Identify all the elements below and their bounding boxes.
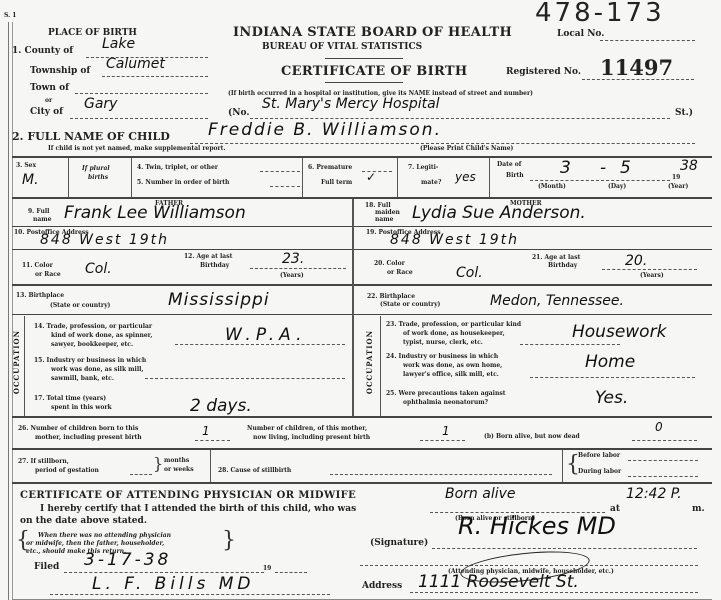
father-industry-line (145, 378, 345, 379)
mother-color-label: 20. Color (374, 260, 405, 267)
during-labor-line (628, 476, 698, 477)
label-line: kind of work done, as spinner, (34, 331, 152, 340)
mother-precaution-value: Yes. (595, 388, 628, 408)
month-label: (Month) (538, 183, 566, 190)
father-age-value: 23. (282, 251, 304, 267)
filed-line (64, 572, 264, 573)
left-border-inner (12, 22, 13, 600)
divider (354, 249, 712, 250)
form-code: S. 1 (4, 12, 16, 19)
label-line: now living, including present birth (247, 433, 370, 442)
child-name-value: Freddie B. Williamson. (208, 120, 442, 140)
dob-day: 5 (620, 158, 631, 178)
father-birthplace-sub: (State or country) (50, 302, 110, 309)
physician-statement: I hereby certify that I attended the bir… (40, 504, 356, 514)
children-born-line (195, 440, 230, 441)
brace: } (222, 528, 236, 553)
divider (131, 158, 132, 197)
during-labor-label: During labor (578, 468, 621, 475)
birth-certificate: S. 1 478-173 INDIANA STATE BOARD OF HEAL… (0, 0, 721, 600)
legit-value: yes (455, 170, 476, 184)
father-industry-label: 15. Industry or business in which work w… (34, 356, 146, 383)
divider (24, 316, 25, 416)
before-labor-line (628, 460, 698, 461)
mother-name-label: 18. Full (365, 202, 391, 209)
registered-no-label: Registered No. (506, 67, 581, 77)
mother-color-value: Col. (456, 265, 483, 281)
label-line: typist, nurse, clerk, etc. (386, 338, 521, 347)
label-line: mother, including present birth (18, 433, 142, 442)
divider (210, 450, 211, 482)
mother-color-label-2: or Race (387, 269, 413, 276)
stillborn-units-label: months or weeks (164, 456, 194, 474)
signature-label: (Signature) (370, 538, 428, 548)
father-years-label: (Years) (280, 272, 304, 279)
divider (562, 450, 563, 482)
father-birthplace-label: 13. Birthplace (16, 292, 64, 299)
mother-precaution-label: 25. Were precautions taken against ophth… (386, 389, 505, 407)
label-line: 17. Total time (years) (34, 394, 112, 403)
institution-line (250, 118, 670, 119)
label-line: 26. Number of children born to this (18, 424, 142, 433)
born-dead-label: (b) Born alive, but now dead (484, 433, 580, 440)
label-line: sawyer, bookkeeper, etc. (34, 340, 152, 349)
city-value: Gary (84, 96, 117, 112)
twin-label: 4. Twin, triplet, or other (137, 164, 218, 171)
children-born-value: 1 (202, 424, 210, 438)
registrar-signature: L. F. Bills MD (92, 574, 255, 594)
father-name-label-2: name (33, 216, 51, 223)
no-label: (No. (228, 108, 249, 118)
birth-status-value: Born alive (445, 486, 516, 502)
note-line: or midwife, then the father, householder… (26, 540, 171, 548)
county-value: Lake (102, 36, 135, 52)
stillbirth-cause-line (330, 474, 552, 475)
dob-year-prefix: 19 (672, 174, 680, 181)
stillbirth-cause-label: 28. Cause of stillbirth (218, 467, 291, 474)
town-line (75, 93, 208, 94)
label-line: work was done, as silk mill, (34, 365, 146, 374)
local-no-label: Local No. (557, 29, 604, 39)
father-color-label-2: or Race (35, 271, 61, 278)
label-line: months (164, 456, 194, 465)
father-birthplace-value: Mississippi (168, 290, 270, 310)
parent-divider (352, 199, 354, 416)
mother-age-value: 20. (625, 253, 647, 269)
before-labor-label: Before labor (578, 452, 620, 459)
father-occupation-label: OCCUPATION (12, 330, 21, 394)
divider (68, 158, 69, 197)
divider (325, 82, 403, 83)
label-line: of work done, as housekeeper, (386, 329, 521, 338)
m-label: m. (692, 504, 705, 514)
divider (302, 158, 303, 197)
physician-heading: CERTIFICATE OF ATTENDING PHYSICIAN OR MI… (20, 490, 356, 501)
divider (397, 158, 398, 197)
city-line (70, 118, 208, 119)
mother-industry-label: 24. Industry or business in which work w… (386, 352, 502, 379)
signature-value: R. Hickes MD (458, 512, 616, 540)
st-label: St.) (675, 108, 693, 118)
divider (489, 158, 490, 197)
fullterm-check: ✓ (366, 170, 376, 184)
legit-label-2: mate? (421, 179, 441, 186)
filed-label: Filed (34, 562, 59, 572)
divider (12, 416, 712, 418)
children-living-label: Number of children, of this mother, now … (247, 424, 370, 442)
father-color-label: 11. Color (22, 262, 53, 269)
label-line: Number of children, of this mother, (247, 424, 370, 433)
sex-label: 3. Sex (16, 162, 36, 169)
local-no-field (600, 40, 695, 41)
registered-no-value: 11497 (600, 55, 673, 80)
mother-years-label: (Years) (640, 272, 664, 279)
divider (354, 284, 712, 286)
mother-name-label-2: maiden (375, 209, 400, 216)
sex-value: M. (22, 172, 39, 188)
document-title: CERTIFICATE OF BIRTH (281, 64, 467, 79)
divider (12, 249, 352, 250)
mother-occupation-label: OCCUPATION (365, 330, 374, 394)
label-line: 15. Industry or business in which (34, 356, 146, 365)
label-line: period of gestation (18, 466, 99, 475)
legit-label: 7. Legiti- (408, 164, 438, 171)
divider (12, 156, 712, 158)
label-line: or weeks (164, 465, 194, 474)
label-line: 14. Trade, profession, or particular (34, 322, 152, 331)
premature-label: 6. Premature (308, 164, 352, 171)
divider (12, 314, 352, 315)
mother-trade-value: Housework (572, 322, 666, 342)
dob-year: 38 (680, 158, 698, 174)
stillborn-period-label: 27. If stillborn, period of gestation (18, 457, 99, 475)
left-border (8, 22, 9, 600)
child-name-line (190, 143, 695, 144)
stillborn-period-line (130, 474, 152, 475)
plural-label-2: births (88, 174, 108, 181)
divider (380, 316, 381, 416)
dob-line (530, 180, 670, 181)
filed-year-line (275, 572, 307, 573)
county-label: 1. County of (12, 46, 73, 56)
father-trade-line (175, 344, 345, 345)
bureau-title: BUREAU OF VITAL STATISTICS (262, 42, 422, 52)
born-dead-line (632, 440, 697, 441)
address-line (410, 592, 698, 593)
label-line: sawmill, bank, etc. (34, 374, 146, 383)
dob-dash: - (600, 158, 606, 178)
mother-birthplace-label: 22. Birthplace (367, 293, 415, 300)
mother-age-line (602, 269, 697, 270)
mother-age-label-2: Birthday (548, 262, 577, 269)
father-age-label: 12. Age at last (184, 253, 232, 260)
father-time-value: 2 days. (190, 396, 252, 416)
divider (12, 482, 712, 484)
father-age-label-2: Birthday (200, 262, 229, 269)
brace: } (153, 454, 163, 473)
father-address-value: 848 West 19th (40, 232, 169, 248)
label-line: 23. Trade, profession, or particular kin… (386, 320, 521, 329)
birth-time-value: 12:42 P. (626, 486, 682, 502)
order-line (270, 186, 300, 187)
agency-title: INDIANA STATE BOARD OF HEALTH (233, 25, 512, 40)
city-label: City of (30, 107, 63, 117)
plural-label: If plural (82, 165, 110, 172)
mother-trade-line (520, 344, 620, 345)
dob-label-2: Birth (506, 172, 524, 179)
label-line: 27. If stillborn, (18, 457, 99, 466)
mother-address-value: 848 West 19th (390, 232, 519, 248)
divider (12, 197, 712, 199)
divider (12, 448, 712, 450)
mother-industry-line (530, 377, 695, 378)
file-number: 478-173 (535, 0, 665, 28)
born-dead-value: 0 (655, 420, 663, 434)
note-line: When there was no attending physician (26, 532, 171, 540)
mother-industry-value: Home (585, 352, 635, 372)
divider (12, 284, 352, 286)
label-line: 24. Industry or business in which (386, 352, 502, 361)
mother-birthplace-value: Medon, Tennessee. (490, 293, 624, 309)
children-living-line (420, 440, 465, 441)
mother-age-label: 21. Age at last (532, 254, 580, 261)
divider (354, 314, 712, 315)
father-trade-label: 14. Trade, profession, or particular kin… (34, 322, 152, 349)
label-line: work was done, as own home, (386, 361, 502, 370)
fullterm-label: Full term (321, 179, 352, 186)
father-name-label: 9. Full (28, 208, 49, 215)
label-line: spent in this work (34, 403, 112, 412)
day-label: (Day) (608, 183, 626, 190)
township-label: Township of (30, 66, 90, 76)
divider (354, 226, 712, 227)
children-living-value: 1 (442, 424, 450, 438)
dob-label: Date of (497, 161, 521, 168)
father-age-line (250, 268, 346, 269)
mother-name-label-3: name (375, 216, 393, 223)
year-label: (Year) (668, 183, 688, 190)
institution-value: St. Mary's Mercy Hospital (262, 96, 440, 112)
township-value: Calumet (106, 56, 165, 72)
dob-month: 3 (560, 158, 571, 178)
child-name-label: 2. FULL NAME OF CHILD (12, 130, 170, 143)
label-line: 25. Were precautions taken against (386, 389, 505, 398)
divider (12, 226, 352, 227)
father-color-value: Col. (85, 261, 112, 277)
signature-line (432, 548, 697, 549)
town-label: Town of (30, 83, 69, 93)
or-label: or (45, 97, 52, 104)
township-line (102, 76, 208, 77)
divider (325, 58, 403, 59)
father-time-label: 17. Total time (years) spent in this wor… (34, 394, 112, 412)
father-name-value: Frank Lee Williamson (64, 203, 246, 223)
mother-trade-label: 23. Trade, profession, or particular kin… (386, 320, 521, 347)
physician-statement-2: on the date above stated. (20, 516, 147, 526)
mother-birthplace-sub: (State or country) (380, 301, 440, 308)
mother-name-value: Lydia Sue Anderson. (412, 203, 586, 223)
print-note: (Please Print Child's Name) (420, 145, 513, 152)
father-trade-value: W.P.A. (225, 325, 307, 345)
order-label: 5. Number in order of birth (137, 179, 229, 186)
address-label: Address (362, 581, 402, 591)
registrar-line (50, 594, 330, 595)
label-line: ophthalmia neonatorum? (386, 398, 505, 407)
children-born-label: 26. Number of children born to this moth… (18, 424, 142, 442)
filed-value: 3-17-38 (84, 550, 171, 570)
physician-address-value: 1111 Roosevelt St. (418, 572, 579, 592)
twin-line (260, 171, 300, 172)
label-line: lawyer's office, silk mill, etc. (386, 370, 502, 379)
registered-no-line (582, 79, 694, 80)
child-name-note: If child is not yet named, make suppleme… (48, 145, 226, 152)
filed-year-prefix: 19 (263, 565, 271, 572)
